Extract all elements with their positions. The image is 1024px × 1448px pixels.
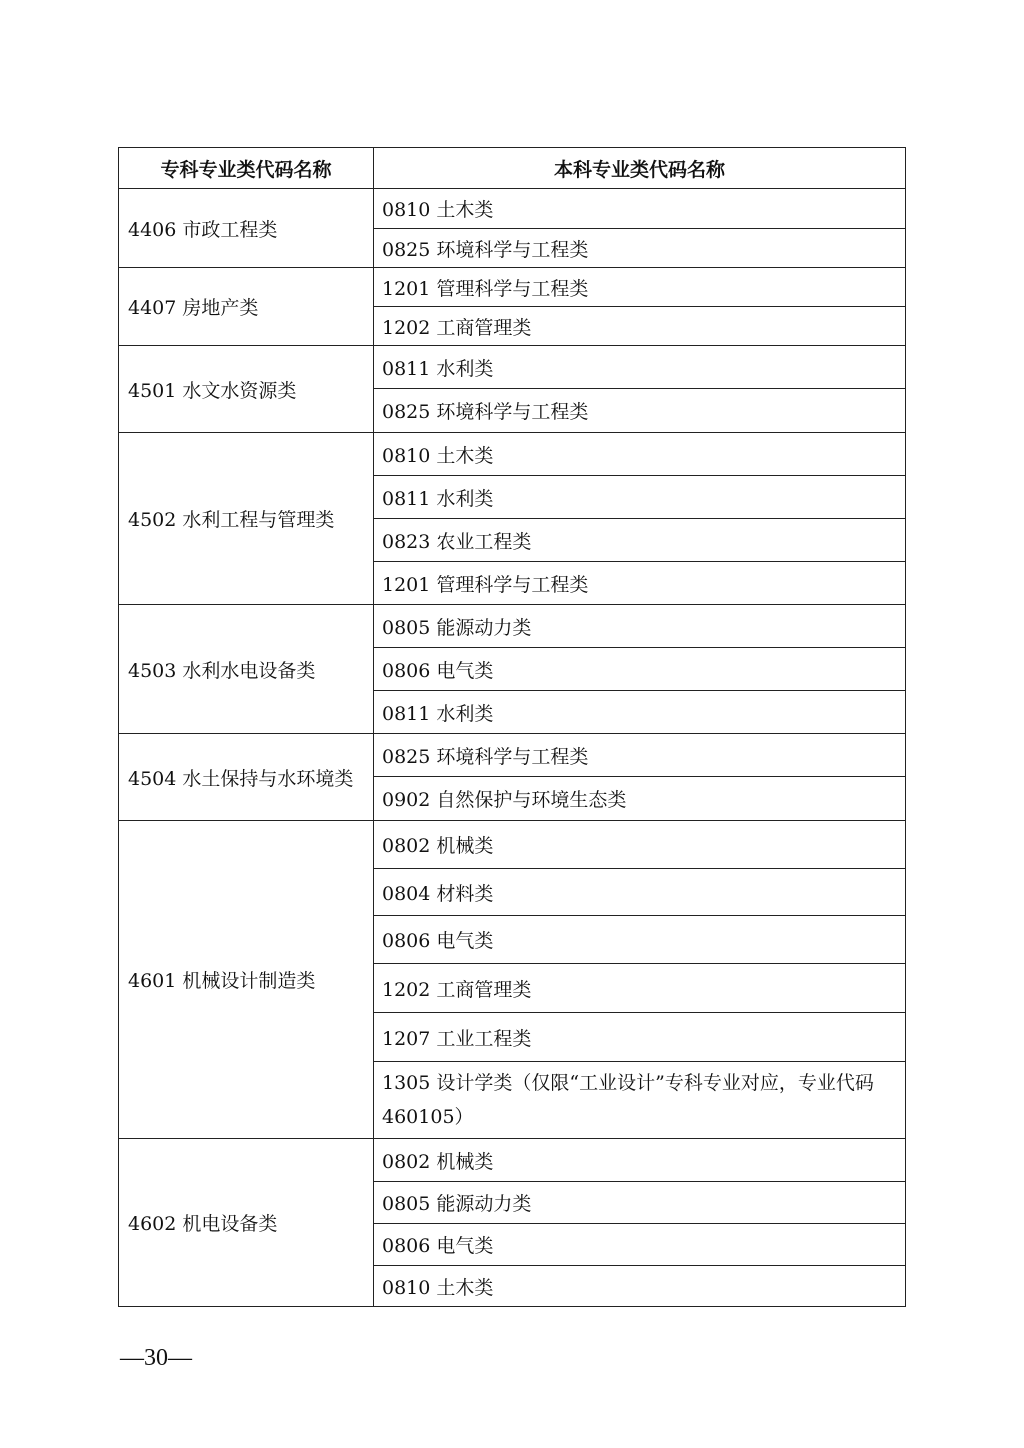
benke-cell: 0805 能源动力类 xyxy=(374,605,906,648)
document-page: 专科专业类代码名称 本科专业类代码名称 4406 市政工程类0810 土木类08… xyxy=(0,0,1024,1448)
table-row: 4501 水文水资源类0811 水利类 xyxy=(119,346,906,389)
benke-cell: 0802 机械类 xyxy=(374,1139,906,1182)
benke-cell: 1201 管理科学与工程类 xyxy=(374,562,906,605)
table-row: 4502 水利工程与管理类0810 土木类 xyxy=(119,433,906,476)
benke-cell: 1202 工商管理类 xyxy=(374,964,906,1013)
table-row: 4601 机械设计制造类0802 机械类 xyxy=(119,821,906,869)
zhuanke-cell: 4407 房地产类 xyxy=(119,268,374,346)
zhuanke-cell: 4504 水土保持与水环境类 xyxy=(119,734,374,821)
benke-cell: 0902 自然保护与环境生态类 xyxy=(374,777,906,821)
benke-cell: 0802 机械类 xyxy=(374,821,906,869)
table-row: 4602 机电设备类0802 机械类 xyxy=(119,1139,906,1182)
table-row: 4503 水利水电设备类0805 能源动力类 xyxy=(119,605,906,648)
zhuanke-cell: 4501 水文水资源类 xyxy=(119,346,374,433)
zhuanke-cell: 4602 机电设备类 xyxy=(119,1139,374,1307)
benke-cell: 0810 土木类 xyxy=(374,189,906,229)
benke-cell: 0825 环境科学与工程类 xyxy=(374,389,906,433)
benke-cell: 0811 水利类 xyxy=(374,346,906,389)
major-mapping-table: 专科专业类代码名称 本科专业类代码名称 4406 市政工程类0810 土木类08… xyxy=(118,147,906,1307)
table-row: 4407 房地产类1201 管理科学与工程类 xyxy=(119,268,906,307)
benke-cell: 0825 环境科学与工程类 xyxy=(374,734,906,777)
benke-cell: 0806 电气类 xyxy=(374,1224,906,1266)
benke-cell: 0811 水利类 xyxy=(374,476,906,519)
benke-cell: 0811 水利类 xyxy=(374,691,906,734)
zhuanke-cell: 4503 水利水电设备类 xyxy=(119,605,374,734)
zhuanke-cell: 4406 市政工程类 xyxy=(119,189,374,268)
zhuanke-cell: 4502 水利工程与管理类 xyxy=(119,433,374,605)
zhuanke-cell: 4601 机械设计制造类 xyxy=(119,821,374,1139)
benke-cell: 0810 土木类 xyxy=(374,433,906,476)
benke-cell: 0806 电气类 xyxy=(374,916,906,964)
page-number: —30— xyxy=(120,1345,192,1372)
header-benke: 本科专业类代码名称 xyxy=(374,148,906,189)
benke-cell: 1305 设计学类（仅限“工业设计”专科专业对应，专业代码460105） xyxy=(374,1062,906,1139)
table-header-row: 专科专业类代码名称 本科专业类代码名称 xyxy=(119,148,906,189)
benke-cell: 1207 工业工程类 xyxy=(374,1013,906,1062)
benke-cell: 0810 土木类 xyxy=(374,1266,906,1307)
benke-cell: 1202 工商管理类 xyxy=(374,307,906,346)
benke-cell: 0823 农业工程类 xyxy=(374,519,906,562)
benke-cell: 0825 环境科学与工程类 xyxy=(374,229,906,268)
benke-cell: 0806 电气类 xyxy=(374,648,906,691)
benke-cell: 0804 材料类 xyxy=(374,869,906,916)
table-row: 4504 水土保持与水环境类0825 环境科学与工程类 xyxy=(119,734,906,777)
header-zhuanke: 专科专业类代码名称 xyxy=(119,148,374,189)
table-row: 4406 市政工程类0810 土木类 xyxy=(119,189,906,229)
benke-cell: 0805 能源动力类 xyxy=(374,1182,906,1224)
benke-cell: 1201 管理科学与工程类 xyxy=(374,268,906,307)
